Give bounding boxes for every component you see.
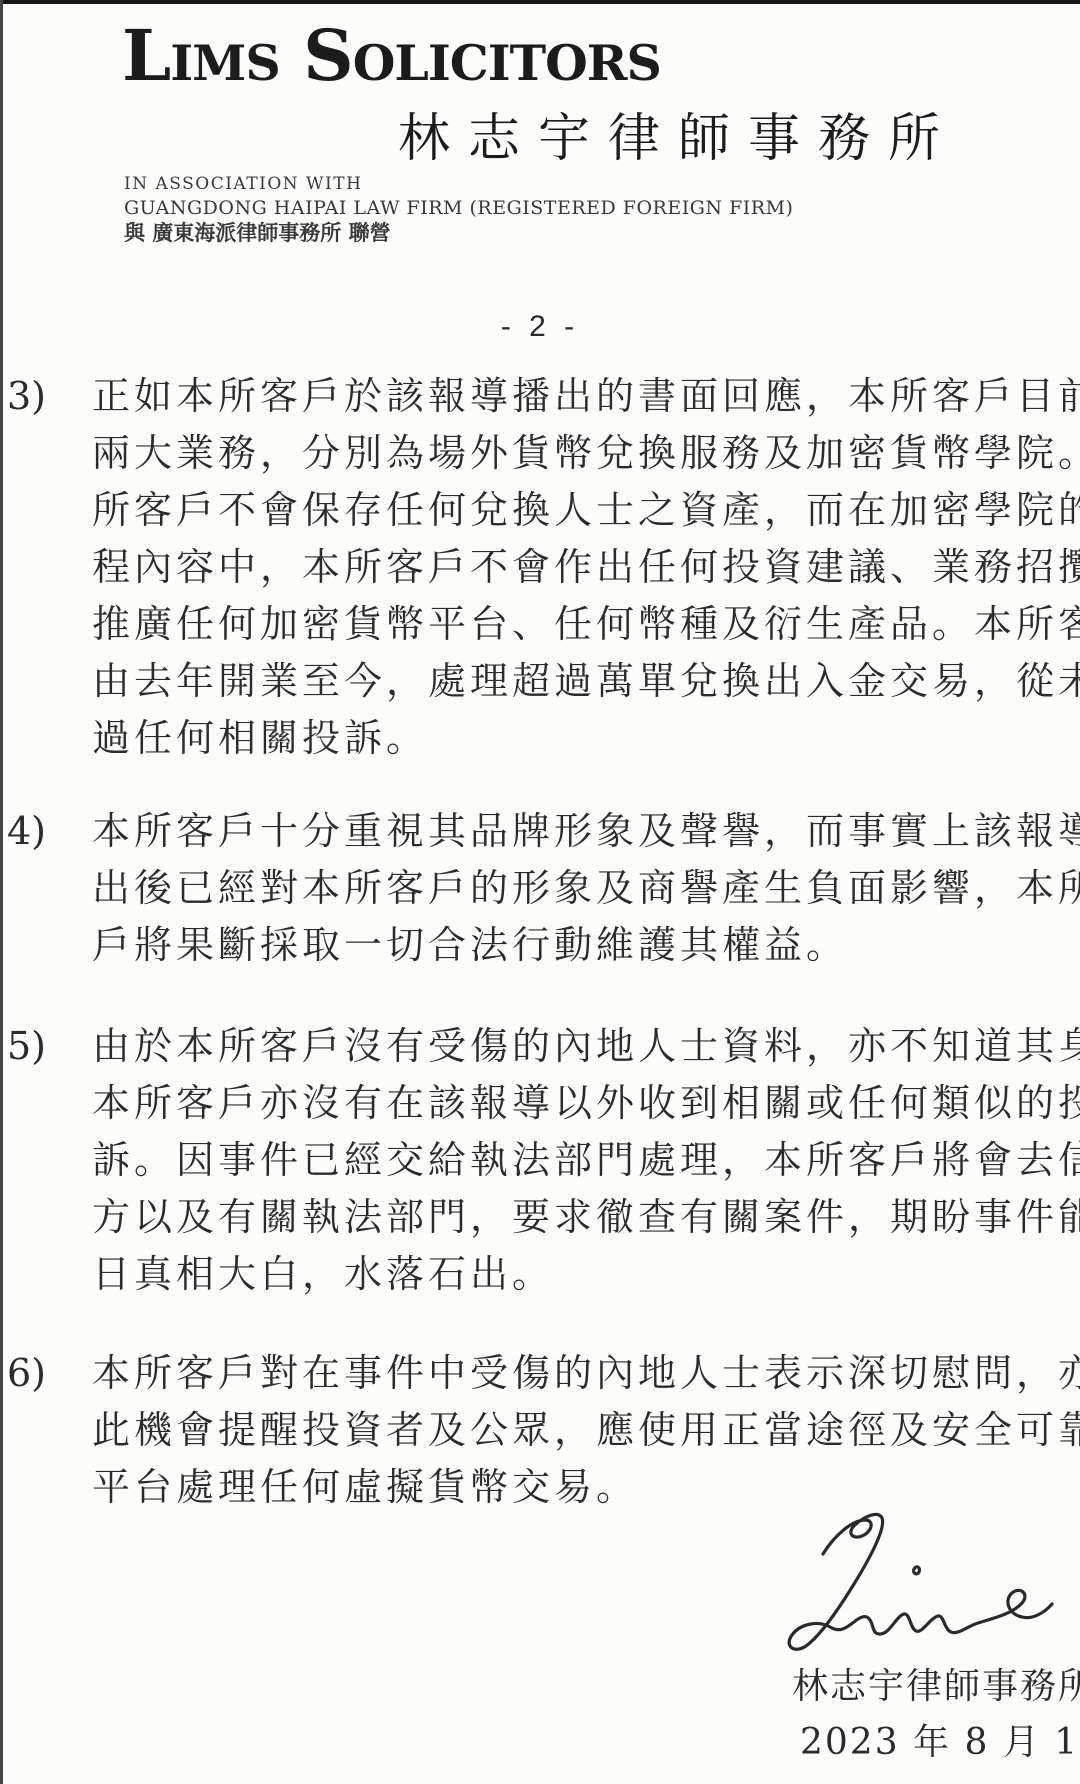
firm-name-english: Lims Solicitors <box>122 14 661 97</box>
footer-date: 2023 年 8 月 17 日 <box>800 1714 1080 1765</box>
paragraph-5: 5) 由於本所客戶沒有受傷的內地人士資料，亦不知道其身份 本所客戶亦沒有在該報導… <box>0 1018 1080 1303</box>
paragraph-4-number: 4) <box>7 803 46 860</box>
paragraph-4-line: 戶將果斷採取一切合法行動維護其權益。 <box>92 917 1080 974</box>
paragraph-5-line: 本所客戶亦沒有在該報導以外收到相關或任何類似的投 <box>92 1075 1080 1132</box>
paragraph-3-number: 3) <box>7 368 46 425</box>
page-number: - 2 - <box>0 310 1080 344</box>
paragraph-4: 4) 本所客戶十分重視其品牌形象及聲譽，而事實上該報導播 出後已經對本所客戶的形… <box>0 803 1080 974</box>
paragraph-3-line: 程內容中，本所客戶不會作出任何投資建議、業務招攬或 <box>92 539 1080 596</box>
paragraph-3-line: 過任何相關投訴。 <box>92 710 1080 767</box>
firm-name-chinese-logo: 林志宇律師事務所 <box>398 96 958 171</box>
association-line-3: 與 廣東海派律師事務所 聯營 <box>124 220 793 246</box>
paragraph-6: 6) 本所客戶對在事件中受傷的內地人士表示深切慰問，亦藉 此機會提醒投資者及公眾… <box>0 1345 1080 1516</box>
paragraph-5-line: 方以及有關執法部門，要求徹查有關案件，期盼事件能早 <box>92 1189 1080 1246</box>
paragraph-3: 3) 正如本所客戶於該報導播出的書面回應，本所客戶目前有 兩大業務，分別為場外貨… <box>0 368 1080 767</box>
paragraph-3-line: 推廣任何加密貨幣平台、任何幣種及衍生產品。本所客戶 <box>92 596 1080 653</box>
paragraph-3-line: 正如本所客戶於該報導播出的書面回應，本所客戶目前有 <box>92 368 1080 425</box>
paragraph-6-line: 本所客戶對在事件中受傷的內地人士表示深切慰問，亦藉 <box>92 1345 1080 1402</box>
paragraph-5-line: 由於本所客戶沒有受傷的內地人士資料，亦不知道其身份 <box>92 1018 1080 1075</box>
handwritten-signature <box>768 1496 1080 1668</box>
footer-firm-name: 林志宇律師事務所 <box>792 1658 1080 1709</box>
paragraph-4-line: 本所客戶十分重視其品牌形象及聲譽，而事實上該報導播 <box>92 803 1080 860</box>
letter-page: { "header": { "firm_name_en": "Lims Soli… <box>0 0 1080 1784</box>
scan-top-edge <box>0 0 1080 4</box>
association-block: IN ASSOCIATION WITH GUANGDONG HAIPAI LAW… <box>124 172 793 246</box>
association-line-2: GUANGDONG HAIPAI LAW FIRM (REGISTERED FO… <box>124 196 793 220</box>
paragraph-6-number: 6) <box>7 1345 46 1402</box>
paragraph-5-number: 5) <box>7 1018 46 1075</box>
association-line-1: IN ASSOCIATION WITH <box>124 172 793 196</box>
paragraph-5-line: 訴。因事件已經交給執法部門處理，本所客戶將會去信警 <box>92 1132 1080 1189</box>
paragraph-5-line: 日真相大白，水落石出。 <box>92 1246 1080 1303</box>
paragraph-3-line: 由去年開業至今，處理超過萬單兌換出入金交易，從未收 <box>92 653 1080 710</box>
paragraph-6-line: 此機會提醒投資者及公眾，應使用正當途徑及安全可靠的 <box>92 1402 1080 1459</box>
paragraph-3-line: 兩大業務，分別為場外貨幣兌換服務及加密貨幣學院。本 <box>92 425 1080 482</box>
paragraph-4-line: 出後已經對本所客戶的形象及商譽產生負面影響，本所客 <box>92 860 1080 917</box>
paragraph-3-line: 所客戶不會保存任何兌換人士之資產，而在加密學院的課 <box>92 482 1080 539</box>
